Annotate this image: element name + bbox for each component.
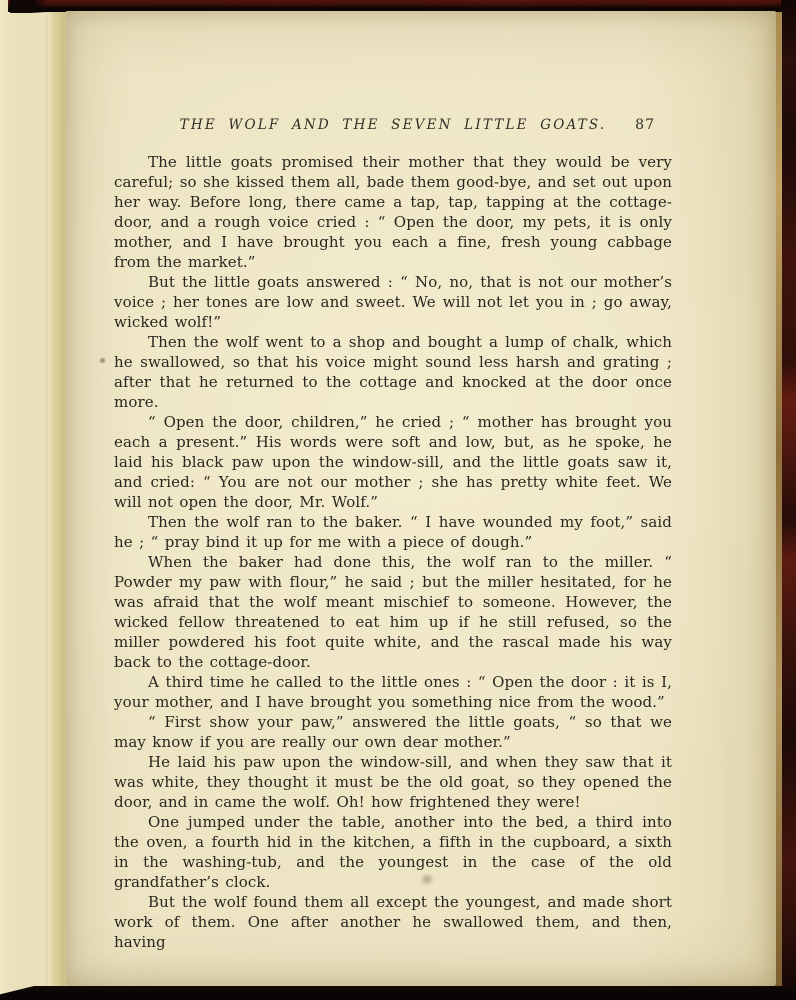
story-paragraph: But the little goats answered : “ No, no… xyxy=(114,272,672,332)
book-cover-right-edge xyxy=(781,0,796,1000)
chapter-title: THE WOLF AND THE SEVEN LITTLE GOATS. xyxy=(180,117,607,133)
story-paragraph: But the wolf found them all except the y… xyxy=(114,892,672,952)
page-number: 87 xyxy=(635,117,655,133)
story-paragraph: The little goats promised their mother t… xyxy=(114,152,672,272)
page-edges-left xyxy=(0,0,68,1000)
paper-speck xyxy=(100,358,105,363)
story-paragraph: He laid his paw upon the window-sill, an… xyxy=(114,752,672,812)
binding-shadow xyxy=(10,0,46,13)
book-cover-bottom-edge xyxy=(0,986,796,1000)
story-paragraph: “ Open the door, children,” he cried ; “… xyxy=(114,412,672,512)
story-paragraph: When the baker had done this, the wolf r… xyxy=(114,552,672,672)
book-scan-photo: THE WOLF AND THE SEVEN LITTLE GOATS. 87 … xyxy=(0,0,796,1000)
story-paragraph: Then the wolf ran to the baker. “ I have… xyxy=(114,512,672,552)
paper-speck xyxy=(422,875,432,884)
story-paragraph: “ First show your paw,” answered the lit… xyxy=(114,712,672,752)
story-text: The little goats promised their mother t… xyxy=(114,152,672,952)
story-paragraph: One jumped under the table, another into… xyxy=(114,812,672,892)
book-page: THE WOLF AND THE SEVEN LITTLE GOATS. 87 … xyxy=(66,11,776,986)
story-paragraph: Then the wolf went to a shop and bought … xyxy=(114,332,672,412)
story-paragraph: A third time he called to the little one… xyxy=(114,672,672,712)
running-header: THE WOLF AND THE SEVEN LITTLE GOATS. 87 xyxy=(114,117,672,137)
